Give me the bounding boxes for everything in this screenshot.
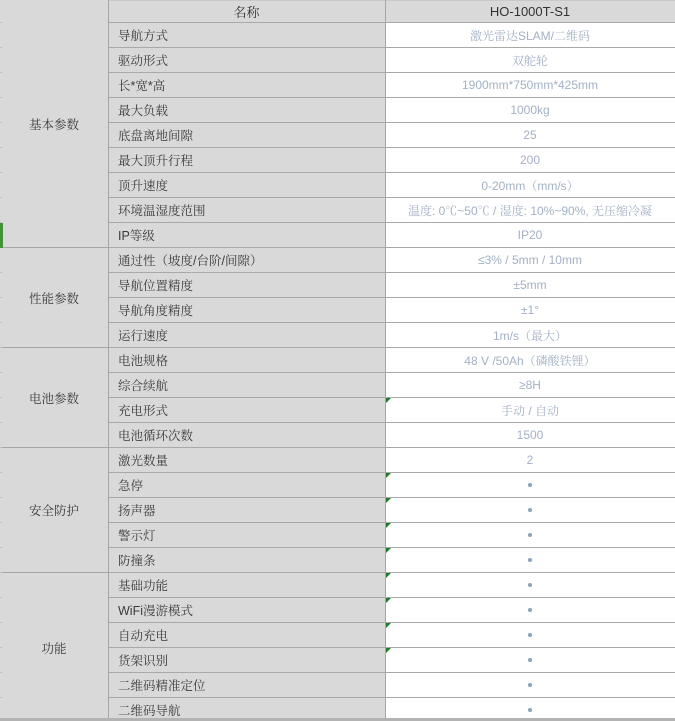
param-value-cell[interactable]: ±1° — [385, 298, 675, 322]
included-dot-icon — [528, 608, 532, 612]
gridline-tick — [0, 97, 2, 98]
param-value-cell[interactable]: 1500 — [385, 423, 675, 447]
param-name-cell[interactable]: 导航方式 — [108, 23, 385, 47]
param-name-label: 二维码精准定位 — [118, 676, 206, 694]
param-name-cell[interactable]: 二维码精准定位 — [108, 673, 385, 697]
param-value-cell[interactable]: ≥8H — [385, 373, 675, 397]
param-value-label: 手动 / 自动 — [501, 402, 559, 419]
spec-row: 运行速度1m/s（最大） — [108, 323, 675, 348]
param-name-cell[interactable]: 最大顶升行程 — [108, 148, 385, 172]
gridline-tick — [0, 147, 2, 148]
table-header-row: 名称 HO-1000T-S1 — [108, 0, 675, 23]
param-name-cell[interactable]: 长*宽*高 — [108, 73, 385, 97]
gridline-tick — [0, 322, 2, 323]
column-divider-1 — [108, 0, 109, 721]
gridline-tick — [0, 47, 2, 48]
param-name-label: 综合续航 — [118, 376, 168, 394]
param-name-label: 通过性（坡度/台阶/间隙） — [118, 251, 262, 269]
param-name-cell[interactable]: WiFi漫游模式 — [108, 598, 385, 622]
spec-row: 环境温湿度范围温度: 0℃~50℃ / 湿度: 10%~90%, 无压缩冷凝 — [108, 198, 675, 223]
spec-table: 名称 HO-1000T-S1 基本参数性能参数电池参数安全防护功能 导航方式激光… — [0, 0, 675, 721]
param-name-label: 底盘离地间隙 — [118, 126, 193, 144]
category-label: 性能参数 — [29, 289, 79, 307]
included-dot-icon — [528, 683, 532, 687]
category-cell[interactable]: 基本参数 — [0, 0, 108, 248]
param-name-label: 激光数量 — [118, 451, 168, 469]
gridline-tick — [0, 297, 2, 298]
param-value-label: 200 — [520, 153, 540, 167]
param-name-label: 电池规格 — [118, 351, 168, 369]
param-name-cell[interactable]: 激光数量 — [108, 448, 385, 472]
param-value-label: ≤3% / 5mm / 10mm — [478, 253, 582, 267]
param-value-label: ±5mm — [513, 278, 546, 292]
param-value-cell[interactable] — [385, 673, 675, 697]
spec-row: 基础功能 — [108, 573, 675, 598]
param-name-label: 运行速度 — [118, 326, 168, 344]
gridline-tick — [0, 197, 2, 198]
param-name-cell[interactable]: IP等级 — [108, 223, 385, 247]
param-name-cell[interactable]: 通过性（坡度/台阶/间隙） — [108, 248, 385, 272]
spec-row: 最大顶升行程200 — [108, 148, 675, 173]
spec-row: 最大负载1000kg — [108, 98, 675, 123]
gridline-tick — [0, 447, 2, 448]
gridline-tick — [0, 172, 2, 173]
gridline-tick — [0, 22, 2, 23]
param-value-cell[interactable]: 双舵轮 — [385, 48, 675, 72]
spec-row: 激光数量2 — [108, 448, 675, 473]
spec-row: 长*宽*高1900mm*750mm*425mm — [108, 73, 675, 98]
param-name-label: 导航位置精度 — [118, 276, 193, 294]
param-value-cell[interactable]: ≤3% / 5mm / 10mm — [385, 248, 675, 272]
included-dot-icon — [528, 658, 532, 662]
param-name-cell[interactable]: 自动充电 — [108, 623, 385, 647]
param-value-cell[interactable]: IP20 — [385, 223, 675, 247]
param-value-cell[interactable]: ±5mm — [385, 273, 675, 297]
param-name-cell[interactable]: 驱动形式 — [108, 48, 385, 72]
param-name-label: 环境温湿度范围 — [118, 201, 206, 219]
param-name-label: IP等级 — [118, 226, 155, 244]
param-value-label: ±1° — [521, 303, 539, 317]
included-dot-icon — [528, 633, 532, 637]
spec-row: 扬声器 — [108, 498, 675, 523]
param-value-cell[interactable]: 48 V /50Ah（磷酸铁锂） — [385, 348, 675, 372]
spec-row: 急停 — [108, 473, 675, 498]
param-value-cell[interactable]: 1m/s（最大） — [385, 323, 675, 347]
param-value-cell[interactable]: 1900mm*750mm*425mm — [385, 73, 675, 97]
param-value-label: 1000kg — [510, 103, 549, 117]
gridline-tick — [0, 622, 2, 623]
category-label: 基本参数 — [29, 115, 79, 133]
spec-row: 防撞条 — [108, 548, 675, 573]
param-name-cell[interactable]: 顶升速度 — [108, 173, 385, 197]
gridline-tick — [0, 597, 2, 598]
param-value-cell[interactable]: 手动 / 自动 — [385, 398, 675, 422]
gridline-tick — [0, 647, 2, 648]
category-cell[interactable]: 电池参数 — [0, 348, 108, 448]
param-name-cell[interactable]: 最大负载 — [108, 98, 385, 122]
param-value-label: 1500 — [517, 428, 544, 442]
param-name-cell[interactable]: 运行速度 — [108, 323, 385, 347]
param-value-cell[interactable]: 温度: 0℃~50℃ / 湿度: 10%~90%, 无压缩冷凝 — [385, 198, 675, 222]
spec-row: 导航角度精度±1° — [108, 298, 675, 323]
spec-row: 导航位置精度±5mm — [108, 273, 675, 298]
spec-row: 通过性（坡度/台阶/间隙）≤3% / 5mm / 10mm — [108, 248, 675, 273]
param-value-label: 48 V /50Ah（磷酸铁锂） — [464, 352, 595, 369]
param-name-cell[interactable]: 导航角度精度 — [108, 298, 385, 322]
param-name-cell[interactable]: 底盘离地间隙 — [108, 123, 385, 147]
included-dot-icon — [528, 508, 532, 512]
category-cell[interactable]: 安全防护 — [0, 448, 108, 573]
param-name-cell[interactable]: 综合续航 — [108, 373, 385, 397]
gridline-tick — [0, 547, 2, 548]
gridline-tick — [0, 472, 2, 473]
param-name-label: 长*宽*高 — [118, 76, 165, 94]
spec-row: 自动充电 — [108, 623, 675, 648]
spec-row: 底盘离地间隙25 — [108, 123, 675, 148]
param-value-cell[interactable] — [385, 548, 675, 572]
spec-row: 警示灯 — [108, 523, 675, 548]
param-value-cell[interactable]: 25 — [385, 123, 675, 147]
param-value-cell[interactable] — [385, 473, 675, 497]
param-name-cell[interactable]: 环境温湿度范围 — [108, 198, 385, 222]
param-value-label: IP20 — [518, 228, 543, 242]
included-dot-icon — [528, 558, 532, 562]
param-value-cell[interactable]: 激光雷达SLAM/二维码 — [385, 23, 675, 47]
spec-row: WiFi漫游模式 — [108, 598, 675, 623]
param-value-cell[interactable]: 2 — [385, 448, 675, 472]
spec-row: IP等级IP20 — [108, 223, 675, 248]
param-name-cell[interactable]: 警示灯 — [108, 523, 385, 547]
param-name-cell[interactable]: 扬声器 — [108, 498, 385, 522]
gridline-tick — [0, 422, 2, 423]
param-value-label: 双舵轮 — [512, 52, 548, 69]
row-highlight-bar — [0, 223, 3, 248]
spec-row: 货架识别 — [108, 648, 675, 673]
param-name-cell[interactable]: 电池循环次数 — [108, 423, 385, 447]
param-value-label: 1900mm*750mm*425mm — [462, 78, 598, 92]
gridline-tick — [0, 122, 2, 123]
param-name-label: 货架识别 — [118, 651, 168, 669]
param-name-cell[interactable]: 货架识别 — [108, 648, 385, 672]
gridline-tick — [0, 272, 2, 273]
param-name-cell[interactable]: 电池规格 — [108, 348, 385, 372]
param-name-label: 二维码导航 — [118, 701, 181, 719]
param-value-cell[interactable]: 200 — [385, 148, 675, 172]
included-dot-icon — [528, 708, 532, 712]
included-dot-icon — [528, 583, 532, 587]
param-name-label: WiFi漫游模式 — [118, 601, 193, 619]
param-name-label: 急停 — [118, 476, 143, 494]
header-model-cell[interactable]: HO-1000T-S1 — [385, 1, 675, 22]
header-name-cell[interactable]: 名称 — [108, 1, 385, 22]
column-divider-2 — [385, 0, 386, 721]
param-value-label: 25 — [523, 128, 536, 142]
param-name-label: 警示灯 — [118, 526, 156, 544]
param-name-label: 电池循环次数 — [118, 426, 193, 444]
param-value-cell[interactable] — [385, 648, 675, 672]
param-value-cell[interactable] — [385, 623, 675, 647]
param-value-label: 1m/s（最大） — [493, 327, 567, 344]
param-name-cell[interactable]: 基础功能 — [108, 573, 385, 597]
spec-row: 顶升速度0-20mm（mm/s） — [108, 173, 675, 198]
spec-row: 电池规格48 V /50Ah（磷酸铁锂） — [108, 348, 675, 373]
param-value-cell[interactable]: 1000kg — [385, 98, 675, 122]
param-name-cell[interactable]: 急停 — [108, 473, 385, 497]
gridline-tick — [0, 497, 2, 498]
gridline-tick — [0, 372, 2, 373]
spec-row: 综合续航≥8H — [108, 373, 675, 398]
spec-row: 电池循环次数1500 — [108, 423, 675, 448]
category-cell[interactable]: 功能 — [0, 573, 108, 721]
gridline-tick — [0, 572, 2, 573]
gridline-tick — [0, 72, 2, 73]
param-name-label: 基础功能 — [118, 576, 168, 594]
param-value-cell[interactable] — [385, 573, 675, 597]
param-name-label: 导航角度精度 — [118, 301, 193, 319]
gridline-tick — [0, 397, 2, 398]
spec-row: 驱动形式双舵轮 — [108, 48, 675, 73]
spec-row: 导航方式激光雷达SLAM/二维码 — [108, 23, 675, 48]
gridline-tick — [0, 697, 2, 698]
included-dot-icon — [528, 533, 532, 537]
spec-row: 充电形式手动 / 自动 — [108, 398, 675, 423]
category-label: 安全防护 — [29, 501, 79, 519]
param-value-label: 0-20mm（mm/s） — [481, 177, 578, 194]
included-dot-icon — [528, 483, 532, 487]
param-name-label: 防撞条 — [118, 551, 156, 569]
category-label: 功能 — [41, 639, 66, 657]
param-value-cell[interactable] — [385, 598, 675, 622]
param-name-label: 最大负载 — [118, 101, 168, 119]
param-name-label: 自动充电 — [118, 626, 168, 644]
category-label: 电池参数 — [29, 389, 79, 407]
param-name-label: 导航方式 — [118, 26, 168, 44]
param-name-label: 充电形式 — [118, 401, 168, 419]
param-name-cell[interactable]: 充电形式 — [108, 398, 385, 422]
gridline-tick — [0, 672, 2, 673]
gridline-tick — [0, 522, 2, 523]
header-model-label: HO-1000T-S1 — [490, 4, 570, 19]
param-value-label: 温度: 0℃~50℃ / 湿度: 10%~90%, 无压缩冷凝 — [408, 202, 652, 219]
param-name-label: 最大顶升行程 — [118, 151, 193, 169]
header-name-label: 名称 — [233, 2, 259, 21]
param-value-cell[interactable] — [385, 498, 675, 522]
param-value-label: ≥8H — [519, 378, 541, 392]
param-value-cell[interactable]: 0-20mm（mm/s） — [385, 173, 675, 197]
param-name-label: 顶升速度 — [118, 176, 168, 194]
param-value-label: 2 — [527, 453, 534, 467]
spec-row: 二维码精准定位 — [108, 673, 675, 698]
param-name-cell[interactable]: 防撞条 — [108, 548, 385, 572]
gridline-tick — [0, 347, 2, 348]
param-value-label: 激光雷达SLAM/二维码 — [470, 27, 590, 44]
param-value-cell[interactable] — [385, 523, 675, 547]
category-cell[interactable]: 性能参数 — [0, 248, 108, 348]
param-name-cell[interactable]: 导航位置精度 — [108, 273, 385, 297]
param-name-label: 扬声器 — [118, 501, 156, 519]
param-name-label: 驱动形式 — [118, 51, 168, 69]
